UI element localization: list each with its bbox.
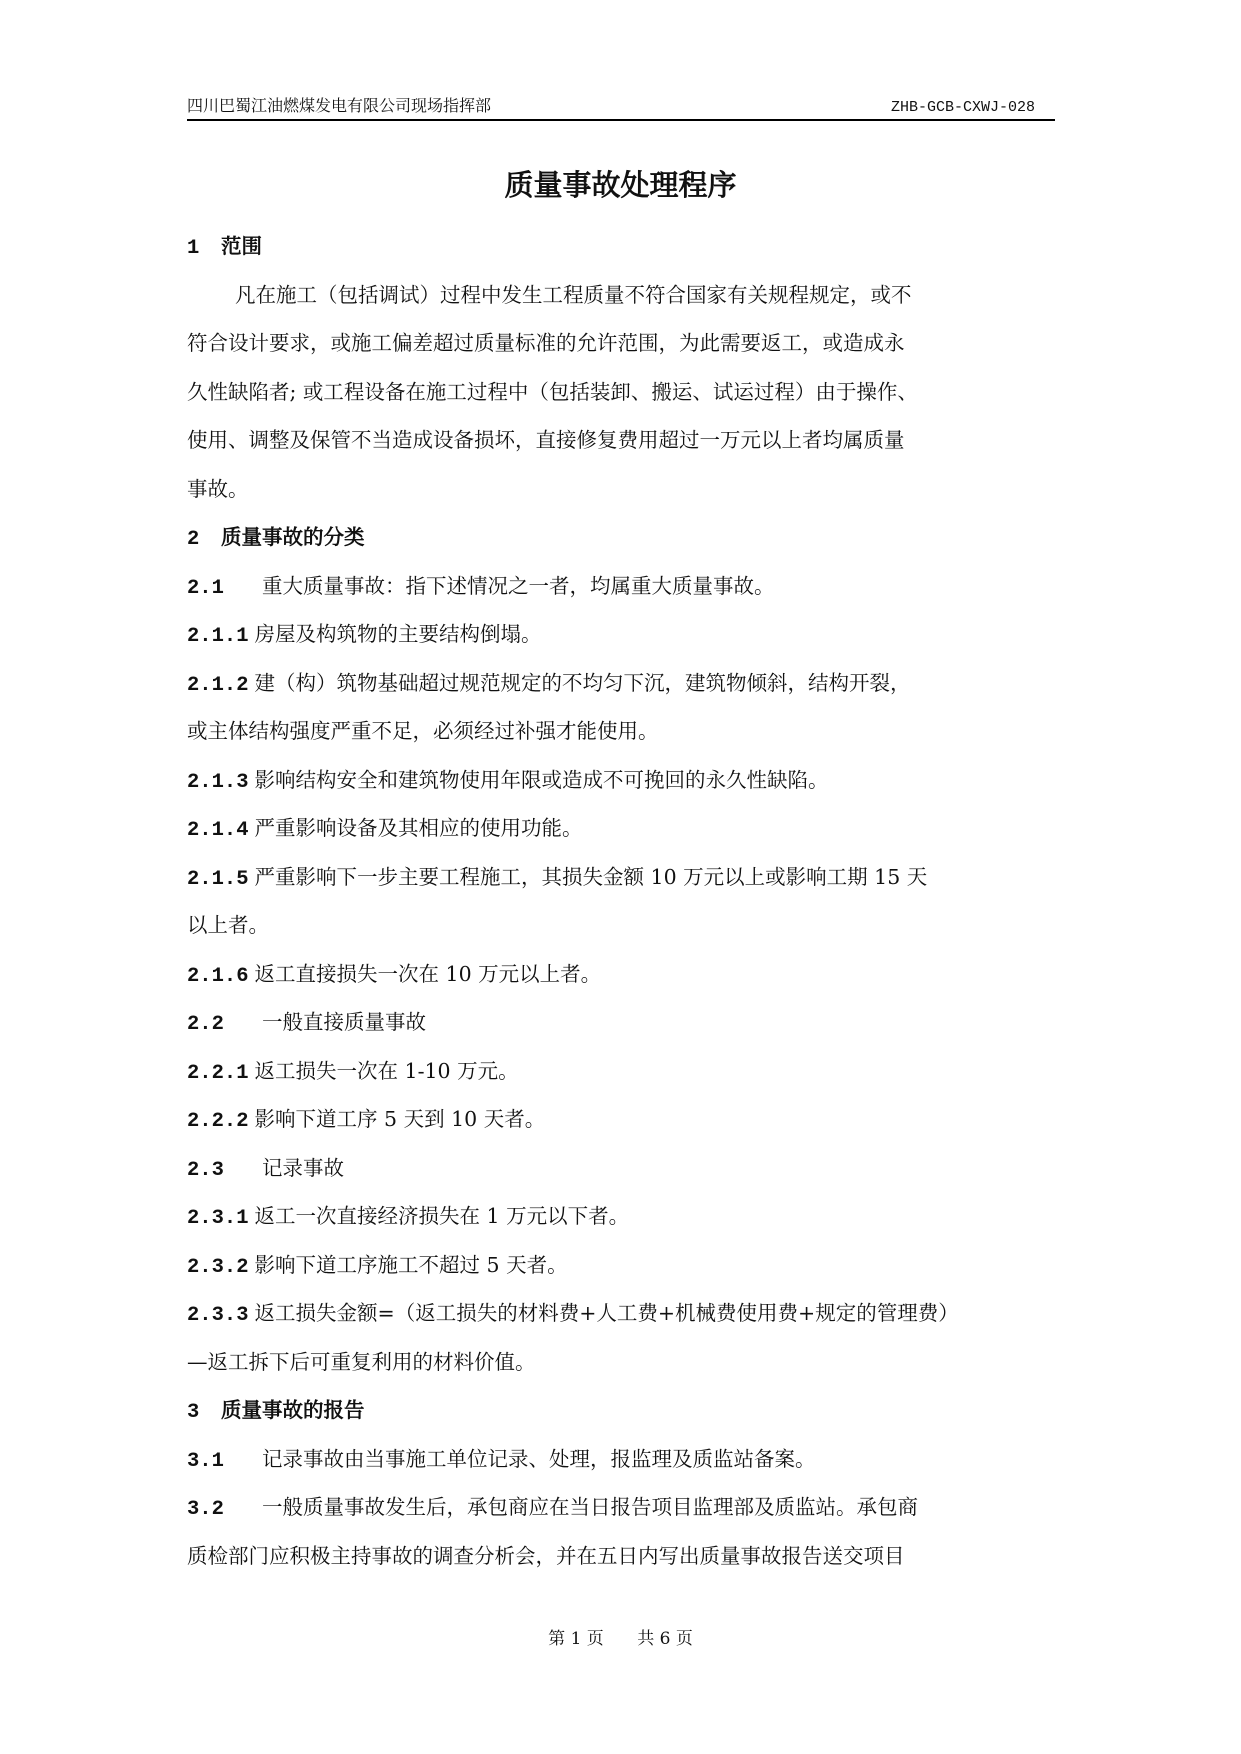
clause-number: 3.1 <box>187 1438 262 1487</box>
section-title: 范围 <box>221 234 262 258</box>
clause-line: 2.1.5严重影响下一步主要工程施工，其损失金额 10 万元以上或影响工期 15… <box>187 853 1055 902</box>
clause-text: 房屋及构筑物的主要结构倒塌。 <box>255 622 542 646</box>
clause-number: 2.3.1 <box>187 1195 249 1244</box>
clause-text: 影响结构安全和建筑物使用年限或造成不可挽回的永久性缺陷。 <box>255 768 829 792</box>
clause-line: 2.1.4严重影响设备及其相应的使用功能。 <box>187 804 1055 853</box>
clause-number: 2.1 <box>187 565 262 614</box>
clause-number: 2.1.2 <box>187 662 249 711</box>
clause-text: 一般质量事故发生后，承包商应在当日报告项目监理部及质监站。承包商 <box>262 1495 918 1519</box>
clause-line: 3.1记录事故由当事施工单位记录、处理，报监理及质监站备案。 <box>187 1435 1055 1484</box>
clause-line: 2.3.3返工损失金额=（返工损失的材料费+人工费+机械费使用费+规定的管理费） <box>187 1289 1055 1338</box>
clause-text: 记录事故由当事施工单位记录、处理，报监理及质监站备案。 <box>262 1447 816 1471</box>
clause-text: 返工损失金额=（返工损失的材料费+人工费+机械费使用费+规定的管理费） <box>255 1301 959 1325</box>
clause-line: 2.3记录事故 <box>187 1144 1055 1193</box>
clause-text: 影响下道工序 5 天到 10 天者。 <box>255 1107 546 1131</box>
clause-text: 重大质量事故：指下述情况之一者，均属重大质量事故。 <box>262 574 775 598</box>
clause-number: 2.3.3 <box>187 1292 249 1341</box>
paragraph-line: 或主体结构强度严重不足，必须经过补强才能使用。 <box>187 707 1055 756</box>
clause-text: 返工一次直接经济损失在 1 万元以下者。 <box>255 1204 630 1228</box>
clause-line: 3.2一般质量事故发生后，承包商应在当日报告项目监理部及质监站。承包商 <box>187 1483 1055 1532</box>
clause-number: 2.1.1 <box>187 613 249 662</box>
paragraph-line: 久性缺陷者; 或工程设备在施工过程中（包括装卸、搬运、试运过程）由于操作、 <box>187 368 1055 417</box>
clause-line: 2.1重大质量事故：指下述情况之一者，均属重大质量事故。 <box>187 562 1055 611</box>
clause-line: 2.2一般直接质量事故 <box>187 998 1055 1047</box>
clause-text: 记录事故 <box>262 1156 344 1180</box>
clause-number: 2.2.2 <box>187 1098 249 1147</box>
page-header: 四川巴蜀江油燃煤发电有限公司现场指挥部 ZHB-GCB-CXWJ-028 <box>187 88 1055 121</box>
section-number: 3 <box>187 1389 221 1438</box>
clause-text: 一般直接质量事故 <box>262 1010 426 1034</box>
paragraph-line: 使用、调整及保管不当造成设备损坏，直接修复费用超过一万元以上者均属质量 <box>187 416 1055 465</box>
clause-line: 2.1.3影响结构安全和建筑物使用年限或造成不可挽回的永久性缺陷。 <box>187 756 1055 805</box>
clause-number: 2.1.6 <box>187 953 249 1002</box>
company-name: 四川巴蜀江油燃煤发电有限公司现场指挥部 <box>187 93 491 116</box>
section-heading: 2质量事故的分类 <box>187 513 1055 562</box>
clause-number: 2.3 <box>187 1147 262 1196</box>
clause-text: 返工直接损失一次在 10 万元以上者。 <box>255 962 602 986</box>
clause-number: 2.2.1 <box>187 1050 249 1099</box>
clause-line: 2.2.2影响下道工序 5 天到 10 天者。 <box>187 1095 1055 1144</box>
clause-text: 严重影响下一步主要工程施工，其损失金额 10 万元以上或影响工期 15 天 <box>255 865 928 889</box>
page-footer: 第 1 页 共 6 页 <box>0 1624 1241 1649</box>
page-total: 共 6 页 <box>637 1629 693 1649</box>
section-number: 1 <box>187 225 221 274</box>
section-heading: 3质量事故的报告 <box>187 1386 1055 1435</box>
clause-line: 2.1.2建（构）筑物基础超过规范规定的不均匀下沉，建筑物倾斜，结构开裂， <box>187 659 1055 708</box>
clause-line: 2.2.1返工损失一次在 1-10 万元。 <box>187 1047 1055 1096</box>
document-title: 质量事故处理程序 <box>0 163 1241 204</box>
paragraph-line: 事故。 <box>187 465 1055 514</box>
paragraph-line: —返工拆下后可重复利用的材料价值。 <box>187 1338 1055 1387</box>
clause-number: 3.2 <box>187 1486 262 1535</box>
page-current: 第 1 页 <box>548 1629 604 1649</box>
section-heading: 1范围 <box>187 222 1055 271</box>
section-number: 2 <box>187 516 221 565</box>
clause-line: 2.3.1返工一次直接经济损失在 1 万元以下者。 <box>187 1192 1055 1241</box>
clause-line: 2.1.1房屋及构筑物的主要结构倒塌。 <box>187 610 1055 659</box>
paragraph-line: 质检部门应积极主持事故的调查分析会，并在五日内写出质量事故报告送交项目 <box>187 1532 1055 1581</box>
document-code: ZHB-GCB-CXWJ-028 <box>891 99 1055 116</box>
clause-line: 2.3.2影响下道工序施工不超过 5 天者。 <box>187 1241 1055 1290</box>
clause-text: 严重影响设备及其相应的使用功能。 <box>255 816 583 840</box>
clause-text: 影响下道工序施工不超过 5 天者。 <box>255 1253 568 1277</box>
clause-number: 2.2 <box>187 1001 262 1050</box>
clause-number: 2.1.3 <box>187 759 249 808</box>
section-title: 质量事故的报告 <box>221 1398 365 1422</box>
clause-number: 2.3.2 <box>187 1244 249 1293</box>
section-title: 质量事故的分类 <box>221 525 365 549</box>
paragraph-line: 凡在施工（包括调试）过程中发生工程质量不符合国家有关规程规定，或不 <box>187 271 1055 320</box>
clause-text: 建（构）筑物基础超过规范规定的不均匀下沉，建筑物倾斜，结构开裂， <box>255 671 911 695</box>
document-body: 1范围凡在施工（包括调试）过程中发生工程质量不符合国家有关规程规定，或不符合设计… <box>187 222 1055 1580</box>
clause-number: 2.1.4 <box>187 807 249 856</box>
clause-number: 2.1.5 <box>187 856 249 905</box>
clause-line: 2.1.6返工直接损失一次在 10 万元以上者。 <box>187 950 1055 999</box>
paragraph-line: 以上者。 <box>187 901 1055 950</box>
clause-text: 返工损失一次在 1-10 万元。 <box>255 1059 519 1083</box>
paragraph-line: 符合设计要求，或施工偏差超过质量标准的允许范围，为此需要返工，或造成永 <box>187 319 1055 368</box>
